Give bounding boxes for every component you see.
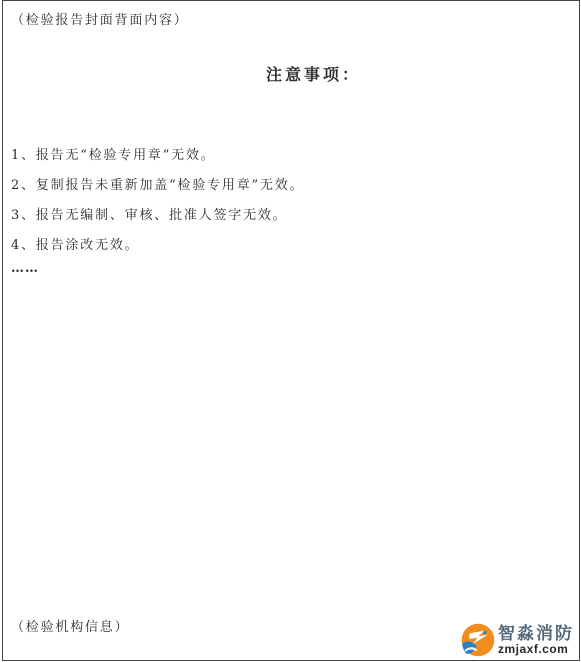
notice-heading: 注意事项： <box>3 62 579 85</box>
notice-item-3: 3、报告无编制、审核、批准人签字无效。 <box>11 209 571 223</box>
brand-domain: zmjaxf.com <box>498 643 574 655</box>
zhimiao-fire-water-logo-icon <box>461 623 495 657</box>
notice-list: 1、报告无“检验专用章”无效。 2、复制报告未重新加盖“检验专用章”无效。 3、… <box>11 149 571 292</box>
notice-item-1: 1、报告无“检验专用章”无效。 <box>11 149 571 163</box>
cover-back-content-note: （检验报告封面背面内容） <box>11 9 189 28</box>
inspection-agency-info-note: （检验机构信息） <box>11 616 129 635</box>
site-watermark: 智淼消防 zmjaxf.com <box>461 623 574 657</box>
brand-name: 智淼消防 <box>498 625 574 643</box>
notice-item-ellipsis: …… <box>11 262 571 276</box>
notice-item-4: 4、报告涂改无效。 <box>11 239 571 253</box>
report-cover-back-page: （检验报告封面背面内容） 注意事项： 1、报告无“检验专用章”无效。 2、复制报… <box>2 0 580 661</box>
watermark-text: 智淼消防 zmjaxf.com <box>498 625 574 655</box>
notice-item-2: 2、复制报告未重新加盖“检验专用章”无效。 <box>11 179 571 193</box>
